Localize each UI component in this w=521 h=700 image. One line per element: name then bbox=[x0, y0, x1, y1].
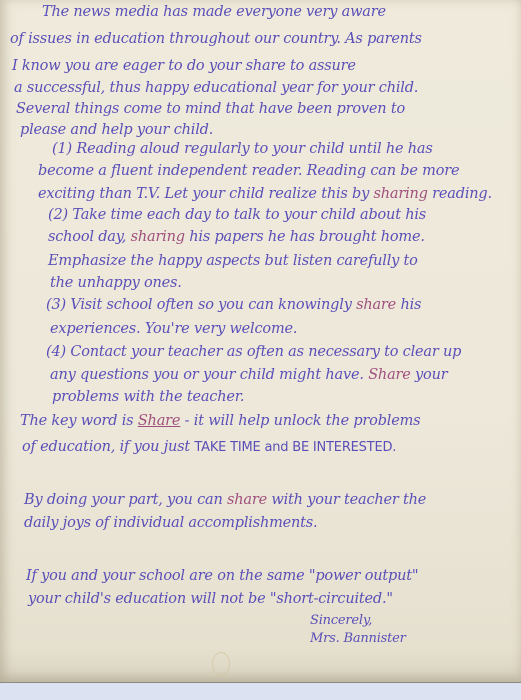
part-line-1: By doing your part, you can share with y… bbox=[24, 492, 426, 508]
intro-line-6: please and help your child. bbox=[20, 122, 213, 138]
intro-line-5: Several things come to mind that have be… bbox=[16, 101, 405, 117]
emphasis-sharing: sharing bbox=[374, 186, 428, 202]
emphasis-share-underlined: Share bbox=[138, 413, 180, 429]
intro-line-4: a successful, thus happy educational yea… bbox=[14, 80, 418, 96]
item1-line-1: (1) Reading aloud regularly to your chil… bbox=[52, 141, 433, 157]
scan-background bbox=[0, 683, 521, 700]
item1-line-3: exciting than T.V. Let your child realiz… bbox=[38, 186, 492, 202]
closing-line-1: If you and your school are on the same "… bbox=[26, 568, 418, 584]
letter-page: The news media has made everyone very aw… bbox=[0, 0, 521, 683]
emphasis-share: share bbox=[356, 297, 396, 313]
intro-line-1: The news media has made everyone very aw… bbox=[42, 4, 386, 20]
signature-valediction: Sincerely, bbox=[310, 613, 372, 628]
item4-line-3: problems with the teacher. bbox=[52, 389, 244, 405]
item2-line-3: Emphasize the happy aspects but listen c… bbox=[48, 253, 418, 269]
item4-line-2: any questions you or your child might ha… bbox=[50, 367, 447, 383]
item4-line-1: (4) Contact your teacher as often as nec… bbox=[46, 344, 461, 360]
signature-name: Mrs. Bannister bbox=[310, 631, 406, 646]
item2-line-4: the unhappy ones. bbox=[50, 275, 182, 291]
item2-line-2: school day, sharing his papers he has br… bbox=[48, 229, 425, 245]
emphasis-share: share bbox=[227, 492, 267, 508]
part-line-2: daily joys of individual accomplishments… bbox=[24, 515, 317, 531]
emphasis-share: Share bbox=[368, 367, 410, 383]
paper-stain bbox=[212, 652, 230, 676]
item1-line-2: become a fluent independent reader. Read… bbox=[38, 163, 459, 179]
closing-line-2: your child's education will not be "shor… bbox=[28, 591, 393, 607]
keyword-line-2: of education, if you just TAKE TIME and … bbox=[22, 439, 396, 455]
intro-line-3: I know you are eager to do your share to… bbox=[12, 58, 356, 74]
emphasis-sharing: sharing bbox=[131, 229, 185, 245]
item3-line-1: (3) Visit school often so you can knowin… bbox=[46, 297, 421, 313]
keyword-line-1: The key word is Share - it will help unl… bbox=[20, 413, 420, 429]
item3-line-2: experiences. You're very welcome. bbox=[50, 321, 297, 337]
emphasis-caps: TAKE TIME and BE INTERESTED. bbox=[194, 440, 396, 455]
item2-line-1: (2) Take time each day to talk to your c… bbox=[48, 207, 426, 223]
intro-line-2: of issues in education throughout our co… bbox=[10, 31, 422, 47]
